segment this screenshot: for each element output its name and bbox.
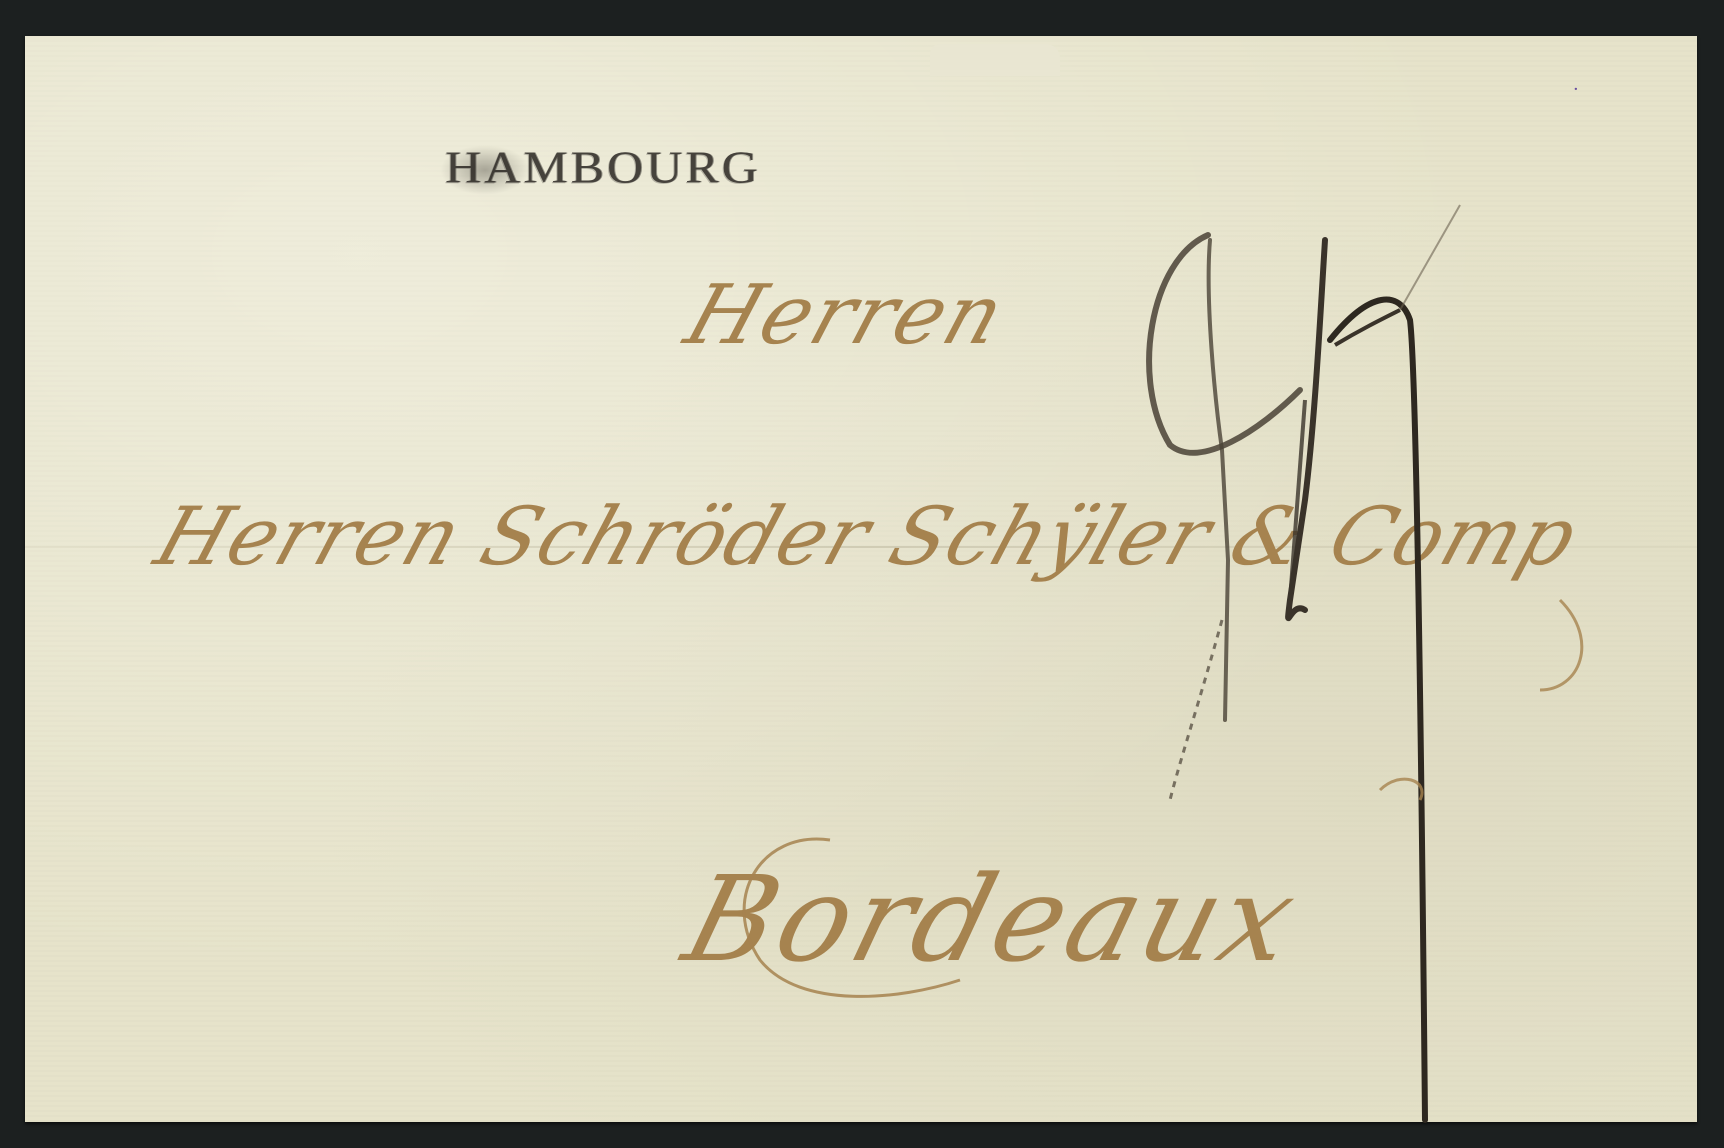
rate-marking-strokes [0, 0, 1724, 1148]
